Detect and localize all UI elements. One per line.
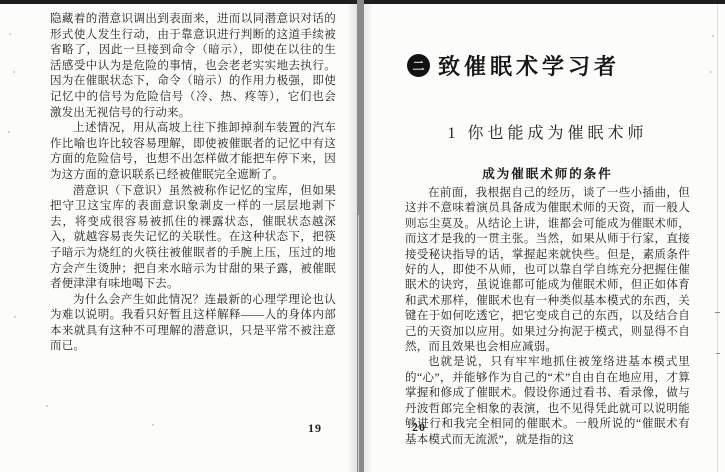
body-paragraph: 隐藏着的潜意识调出到表面来，进而以同潜意识对话的形式使人发生行动，由于靠意识进行…	[50, 12, 336, 121]
body-paragraph: 上述情况，用从高坡上往下推卸掉刹车装置的汽车作比喻也许比较容易理解，即使被催眠者…	[50, 121, 336, 183]
subsection-title: 成为催眠术师的条件	[405, 164, 690, 182]
right-page-body-text: 在前面，我根据自己的经历，谈了一些小插曲，但这并不意味着演员具备成为催眠术师的天…	[405, 186, 690, 448]
scan-speck	[13, 71, 15, 73]
scan-speck	[46, 405, 48, 407]
scan-speck	[9, 33, 11, 35]
chapter-heading: 二 致催眠术学习者	[407, 50, 620, 81]
book-scan-view: 隐藏着的潜意识调出到表面来，进而以同潜意识对话的形式使人发生行动，由于靠意识进行…	[0, 0, 725, 472]
scan-speck	[8, 131, 10, 133]
body-paragraph: 也就是说，只有牢牢地抓住被笼络进基本模式里的“心”，并能够作为自己的“术”自由自…	[405, 355, 690, 447]
page-number-right: 20	[412, 420, 426, 435]
section-heading: 1你也能成为催眠术师	[405, 120, 690, 143]
spine-highlight-line	[358, 215, 359, 472]
scan-speck	[712, 35, 714, 37]
section-title: 你也能成为催眠术师	[467, 125, 647, 142]
left-page-body-text: 隐藏着的潜意识调出到表面来，进而以同潜意识对话的形式使人发生行动，由于靠意识进行…	[50, 12, 336, 355]
body-paragraph: 在前面，我根据自己的经历，谈了一些小插曲，但这并不意味着演员具备成为催眠术师的天…	[405, 186, 690, 355]
chapter-title: 致催眠术学习者	[438, 50, 620, 81]
chapter-number-badge-icon: 二	[407, 54, 430, 77]
book-page-left: 隐藏着的潜意识调出到表面来，进而以同潜意识对话的形式使人发生行动，由于靠意识进行…	[0, 4, 357, 472]
scan-speck	[152, 424, 154, 426]
scan-dash	[715, 312, 720, 313]
body-paragraph: 为什么会产生如此情况？连最新的心理学理论也认为难以说明。我看只好暂且这样解释——…	[50, 293, 336, 355]
scan-speck	[14, 316, 16, 318]
scan-speck	[710, 71, 712, 73]
book-page-right: 二 致催眠术学习者 1你也能成为催眠术师 成为催眠术师的条件 在前面，我根据自己…	[364, 4, 725, 472]
scan-dash	[716, 353, 720, 354]
body-paragraph: 潜意识（下意识）虽然被称作记忆的宝库，但如果把守卫这宝库的表面意识象剥皮一样的一…	[50, 184, 336, 293]
page-number-left: 19	[308, 421, 322, 436]
section-number: 1	[447, 125, 455, 142]
page-edge-line	[717, 4, 718, 472]
